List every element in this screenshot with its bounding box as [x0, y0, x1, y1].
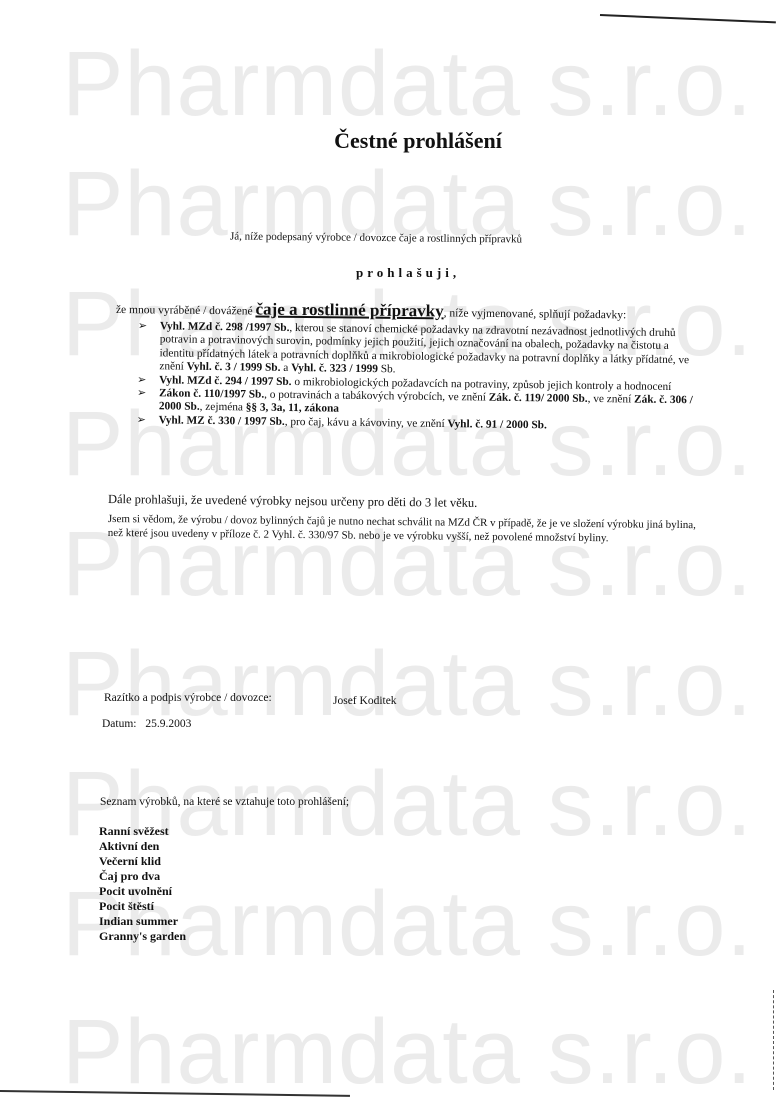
regulation-citation: Zákon č. 110/1997 Sb. — [159, 387, 264, 400]
products-heading: Seznam výrobků, na které se vztahuje tot… — [100, 796, 349, 808]
subject-suffix: , níže vyjmenované, splňují požadavky: — [444, 307, 627, 321]
regulations-list: ➢Vyhl. MZd č. 298 /1997 Sb., kterou se s… — [137, 320, 703, 435]
product-item: Pocit štěstí — [99, 899, 186, 914]
regulation-text: a — [280, 362, 291, 374]
regulation-text: , o potravinách a tabákových výrobcích, … — [264, 389, 489, 404]
regulation-citation: Vyhl. č. 323 / 1999 — [291, 362, 378, 375]
product-item: Pocit uvolnění — [99, 884, 186, 899]
product-item: Indian summer — [99, 914, 186, 929]
arrow-bullet-icon: ➢ — [138, 320, 147, 334]
intro-line: Já, níže podepsaný výrobce / dovozce čaj… — [230, 230, 522, 245]
date-value: 25.9.2003 — [145, 718, 191, 730]
declaration-word: prohlašuji, — [356, 265, 460, 281]
regulation-text: , pro čaj, kávu a kávoviny, ve znění — [285, 416, 448, 430]
product-item: Čaj pro dva — [99, 869, 186, 884]
document-title: Čestné prohlášení — [0, 128, 776, 154]
date-label: Datum: — [102, 718, 137, 730]
regulation-citation: §§ 3, 3a, 11, zákona — [246, 402, 339, 415]
regulation-citation: Vyhl. č. 3 / 1999 Sb. — [187, 361, 281, 374]
document-page: Čestné prohlášení Já, níže podepsaný výr… — [0, 0, 776, 1100]
regulation-citation: Vyhl. č. 91 / 2000 Sb. — [447, 418, 547, 431]
regulation-text: , ve znění — [588, 393, 635, 406]
subject-emphasis: čaje a rostlinné přípravky — [255, 299, 443, 320]
arrow-bullet-icon: ➢ — [137, 387, 146, 401]
regulation-text: , zejména — [200, 401, 246, 414]
product-item: Aktivní den — [99, 839, 186, 854]
product-item: Večerní klid — [99, 854, 186, 869]
arrow-bullet-icon: ➢ — [137, 414, 146, 428]
subject-prefix: že mnou vyráběné / dovážené — [116, 304, 253, 317]
regulation-citation: Vyhl. MZd č. 294 / 1997 Sb. — [159, 374, 292, 388]
product-item: Ranní svěžest — [99, 824, 186, 839]
regulation-citation: Zák. č. 119/ 2000 Sb. — [489, 392, 588, 405]
regulation-citation: Vyhl. MZd č. 298 /1997 Sb. — [160, 320, 290, 334]
herbal-approval-statement: Jsem si vědom, že výrobu / dovoz bylinný… — [108, 513, 708, 546]
signature-label: Razítko a podpis výrobce / dovozce: — [104, 692, 272, 704]
date-row: Datum: 25.9.2003 — [102, 718, 197, 730]
regulation-citation: Vyhl. MZ č. 330 / 1997 Sb. — [159, 414, 285, 428]
regulation-text: Sb. — [378, 363, 396, 375]
products-list: Ranní svěžestAktivní denVečerní klidČaj … — [99, 824, 186, 944]
signature-name: Josef Koditek — [333, 695, 397, 707]
product-item: Granny's garden — [99, 929, 186, 944]
regulation-item: ➢Vyhl. MZd č. 298 /1997 Sb., kterou se s… — [137, 320, 703, 381]
declaration-subject: že mnou vyráběné / dovážené čaje a rostl… — [116, 298, 627, 323]
children-age-statement: Dále prohlašuji, že uvedené výrobky nejs… — [108, 492, 477, 511]
arrow-bullet-icon: ➢ — [137, 374, 146, 388]
